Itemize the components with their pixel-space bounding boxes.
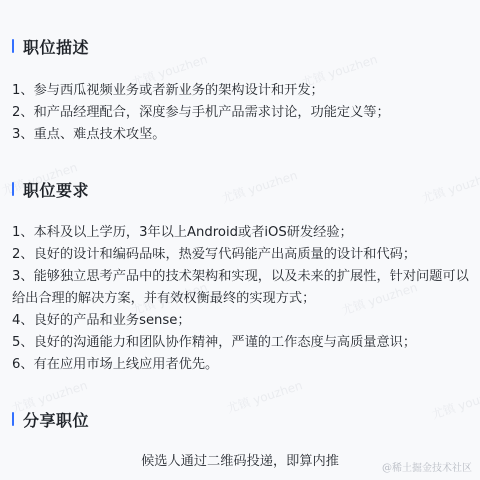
watermark: 尤镇 youzhen — [219, 166, 299, 207]
section-title-label: 分享职位 — [23, 408, 89, 431]
list-item: 6、有在应用市场上线应用者优先。 — [12, 354, 470, 376]
list-item: 2、和产品经理配合，深度参与手机产品需求讨论，功能定义等； — [12, 102, 470, 124]
list-item: 3、重点、难点技术攻坚。 — [12, 124, 470, 146]
section-accent-bar — [12, 182, 14, 196]
section-title-share: 分享职位 — [12, 409, 89, 429]
description-list: 1、参与西瓜视频业务或者新业务的架构设计和开发； 2、和产品经理配合，深度参与手… — [12, 80, 470, 146]
section-accent-bar — [12, 39, 14, 53]
watermark: 尤镇 youzhen — [429, 382, 480, 423]
list-item: 4、良好的产品和业务sense； — [12, 310, 470, 332]
watermark: 尤镇 youzhen — [419, 166, 480, 207]
section-title-requirements: 职位要求 — [12, 179, 89, 199]
watermark: 尤镇 youzhen — [224, 376, 304, 417]
job-detail-page: 尤镇 youzhen 尤镇 youzhen 尤镇 youzhen 尤镇 youz… — [0, 0, 480, 480]
list-item: 2、良好的设计和编码品味，热爱写代码能产出高质量的设计和代码； — [12, 244, 470, 266]
section-title-label: 职位要求 — [23, 178, 89, 201]
list-item: 3、能够独立思考产品中的技术架构和实现，以及未来的扩展性，针对问题可以给出合理的… — [12, 266, 470, 310]
source-credit: @稀土掘金技术社区 — [382, 459, 472, 474]
section-title-label: 职位描述 — [23, 35, 89, 58]
list-item: 1、本科及以上学历，3年以上Android或者iOS研发经验； — [12, 222, 470, 244]
requirements-list: 1、本科及以上学历，3年以上Android或者iOS研发经验； 2、良好的设计和… — [12, 222, 470, 376]
section-accent-bar — [12, 412, 14, 426]
list-item: 5、良好的沟通能力和团队协作精神，严谨的工作态度与高质量意识； — [12, 332, 470, 354]
section-title-description: 职位描述 — [12, 36, 89, 56]
list-item: 1、参与西瓜视频业务或者新业务的架构设计和开发； — [12, 80, 470, 102]
